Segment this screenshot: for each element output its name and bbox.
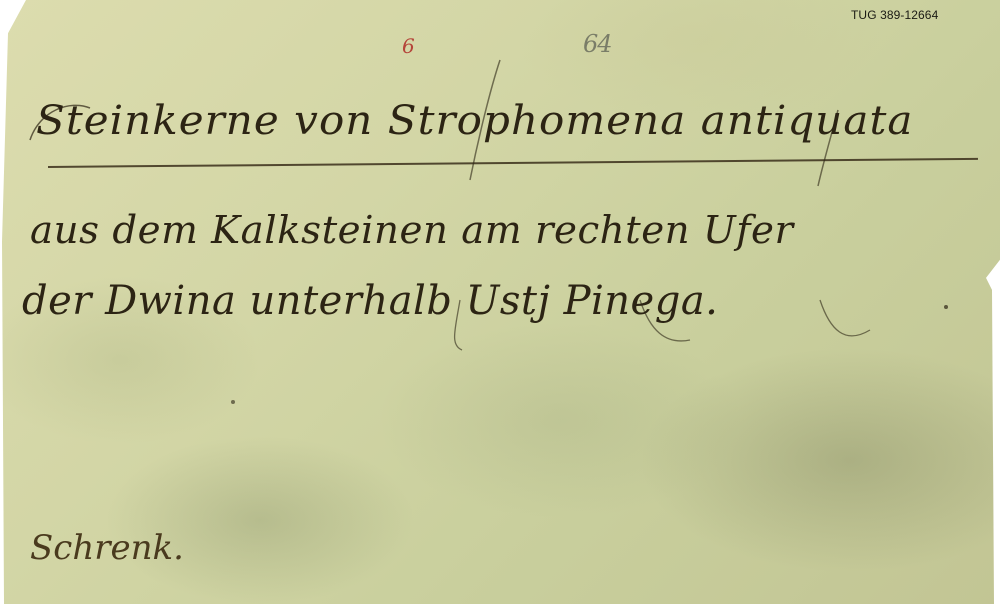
label-line-3: der Dwina unterhalb Ustj Pinega. [22, 278, 718, 324]
red-number-annotation: 6 [402, 34, 415, 58]
specimen-label: TUG 389-12664 6 64 Steinkerne von Stroph… [0, 0, 1000, 604]
signature: Schrenk. [30, 528, 184, 568]
catalog-number: TUG 389-12664 [851, 8, 938, 22]
label-line-1: Steinkerne von Strophomena antiquata [36, 98, 914, 144]
pencil-number-annotation: 64 [583, 30, 612, 58]
label-line-2: aus dem Kalksteinen am rechten Ufer [30, 208, 794, 252]
underline-divider [48, 158, 978, 168]
